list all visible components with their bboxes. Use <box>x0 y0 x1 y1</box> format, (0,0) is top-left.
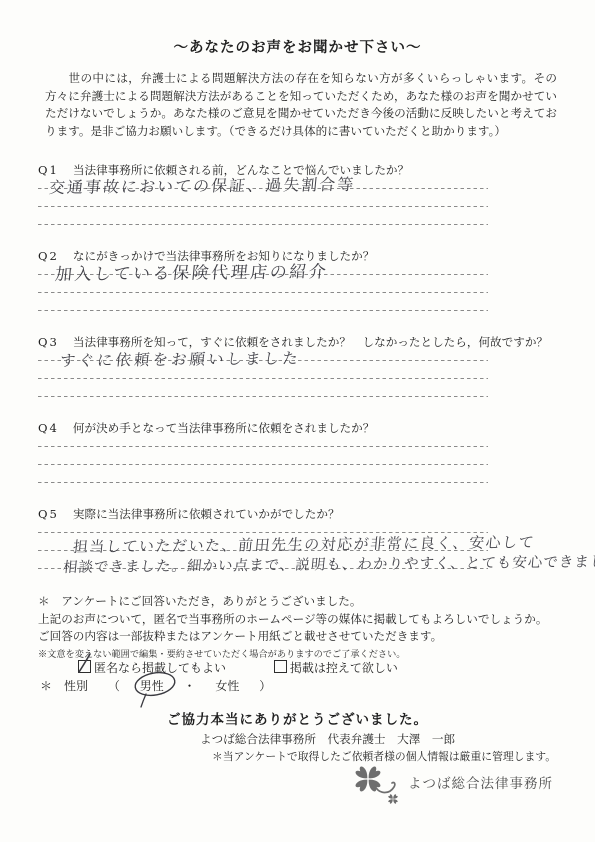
answer-line <box>38 464 488 482</box>
checkbox-no-publish[interactable] <box>274 660 287 673</box>
gender-female-label: 女性 <box>215 679 239 693</box>
handwritten-answer-q1: 交通事故においての保証、過失割合等 <box>48 172 357 198</box>
question-block-q4: Q4何が決め手となって当法律事務所に依頼をされましたか？ <box>38 420 488 506</box>
option-label: 匿名なら掲載してもよい <box>94 661 226 675</box>
publish-question-line: 上記のお声について，匿名で当事務所のホームページ等の媒体に掲載してもよろしいでし… <box>38 611 547 627</box>
gender-row: ＊ 性別 （ 男性 ・ 女性 ） <box>40 677 271 694</box>
question-text: 何が決め手となって当法律事務所に依頼をされましたか？ <box>73 421 374 435</box>
firm-representative-line: よつば総合法律事務所 代表弁護士 大澤 一郎 <box>200 731 455 747</box>
answer-line <box>38 378 488 396</box>
answer-line <box>38 396 488 414</box>
question-number: Q4 <box>38 421 59 435</box>
scanned-survey-page: ～あなたのお声をお聞かせ下さい～ 世の中には，弁護士による問題解決方法の存在を知… <box>0 0 595 842</box>
answer-line <box>38 206 488 224</box>
option-no-publish: 掲載は控えて欲しい <box>274 659 398 676</box>
question-list: Q1当法律事務所に依頼される前，どんなことで悩んでいましたか？ 交通事故において… <box>38 162 488 592</box>
question-number: Q3 <box>38 335 59 349</box>
gender-separator: ・ <box>184 679 196 693</box>
handwritten-answer-q2: 加入している保険代理店の紹介 <box>54 257 330 285</box>
clover-logo-icon <box>348 760 406 810</box>
gender-male-label: 男性 <box>140 679 164 693</box>
answer-line <box>38 224 488 242</box>
answer-line <box>38 310 488 328</box>
gender-prefix: ＊ 性別 <box>40 679 88 693</box>
answer-line <box>38 446 488 464</box>
handwritten-answer-q3: すぐに依頼をお願いしました <box>59 346 302 371</box>
intro-paragraph: 世の中には，弁護士による問題解決方法の存在を知らない方が多くいらっしゃいます。そ… <box>45 70 557 140</box>
answer-line <box>38 292 488 310</box>
answer-line <box>38 482 488 500</box>
survey-thanks-line: ＊ アンケートにご回答いただき，ありがとうございました。 <box>38 593 361 609</box>
question-block-q3: Q3当法律事務所を知って，すぐに依頼をされましたか？ しなかったとしたら，何故で… <box>38 334 488 420</box>
publish-consent-options: 匿名なら掲載してもよい 掲載は控えて欲しい <box>78 659 442 676</box>
option-label: 掲載は控えて欲しい <box>290 661 398 675</box>
closing-thanks: ご協力本当にありがとうございました。 <box>0 708 595 728</box>
paren-close: ） <box>259 679 271 693</box>
logo-firm-name: よつば総合法律事務所 <box>408 772 553 792</box>
firm-logo: よつば総合法律事務所 <box>348 760 568 810</box>
question-block-q2: Q2なにがきっかけで当法律事務所をお知りになりましたか？ 加入している保険代理店… <box>38 248 488 334</box>
publish-detail-line: ご回答の内容は一部抜粋またはアンケート用紙ごと載せさせていただきます。 <box>38 628 442 644</box>
handwritten-check-icon <box>76 652 94 676</box>
question-row: Q4何が決め手となって当法律事務所に依頼をされましたか？ <box>38 420 488 446</box>
question-block-q1: Q1当法律事務所に依頼される前，どんなことで悩んでいましたか？ 交通事故において… <box>38 162 488 248</box>
question-text: 当法律事務所を知って，すぐに依頼をされましたか？ しなかったとしたら，何故ですか… <box>73 335 548 349</box>
page-title: ～あなたのお声をお聞かせ下さい～ <box>0 36 595 57</box>
paren-open: （ <box>108 679 120 693</box>
checkbox-anonymous-ok[interactable] <box>78 660 91 673</box>
question-block-q5: Q5実際に当法律事務所に依頼されていかがでしたか？ 担当していただいた、前田先生… <box>38 506 488 592</box>
gender-male: 男性 <box>140 677 180 694</box>
question-row: Q5実際に当法律事務所に依頼されていかがでしたか？ <box>38 506 488 532</box>
question-number: Q5 <box>38 507 59 521</box>
option-anonymous-ok: 匿名なら掲載してもよい <box>78 659 226 676</box>
question-text: 実際に当法律事務所に依頼されていかがでしたか？ <box>73 507 340 521</box>
